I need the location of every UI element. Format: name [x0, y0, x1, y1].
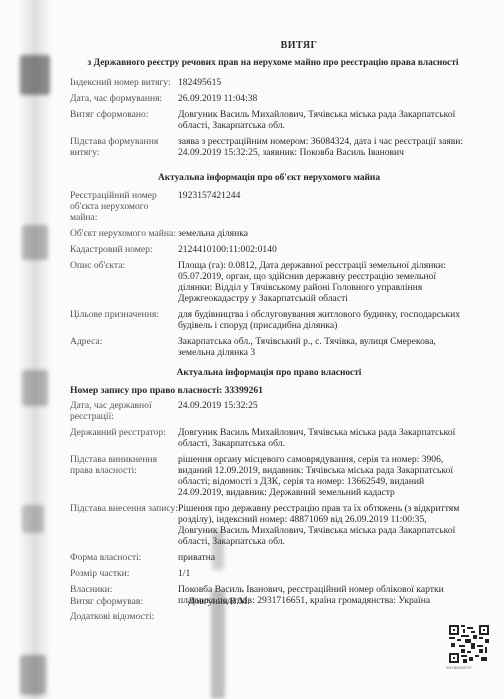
- scan-artifact-left: [18, 0, 52, 699]
- field-label: Підстава внесення запису:: [70, 503, 178, 547]
- field-row: Державний реєстратор: Довгуник Василь Ми…: [70, 427, 468, 449]
- document-title: ВИТЯГ: [130, 40, 468, 51]
- field-row: Витяг сформовано: Довгуник Василь Михайл…: [70, 109, 468, 131]
- field-row: Опис об'єкта: Площа (га): 0.0812, Дата д…: [70, 260, 468, 304]
- scan-smear: [22, 505, 44, 533]
- field-label: Державний реєстратор:: [70, 427, 178, 449]
- ownership-section-title: Актуальна інформація про право власності: [70, 368, 468, 379]
- document-subtitle: з Державного реєстру речових прав на нер…: [64, 58, 482, 69]
- field-value: 1/1: [178, 568, 468, 579]
- document-body: ВИТЯГ з Державного реєстру речових прав …: [70, 40, 468, 627]
- scan-smear: [22, 370, 48, 406]
- field-value: 26.09.2019 11:04:38: [178, 93, 468, 104]
- qr-code-label: SSY80044797: [446, 665, 472, 670]
- qr-code-icon: [449, 625, 489, 663]
- signature-label: Витяг сформував:: [70, 596, 188, 607]
- field-row: Підстава формування витягу: заява з реєс…: [70, 136, 468, 158]
- field-value: 24.09.2019 15:32:25: [178, 400, 468, 422]
- scan-smear: [20, 655, 46, 695]
- field-row: Об'єкт нерухомого майна: земельна ділянк…: [70, 228, 468, 239]
- field-value: 1923157421244: [178, 190, 468, 223]
- field-value: земельна ділянка: [178, 228, 468, 239]
- field-row: Цільове призначення: для будівництва і о…: [70, 309, 468, 331]
- field-label: Опис об'єкта:: [70, 260, 178, 304]
- field-value: рішення органу місцевого самоврядування,…: [178, 454, 468, 498]
- field-label: Адреса:: [70, 336, 178, 358]
- field-label: Розмір частки:: [70, 568, 178, 579]
- field-value: 182495615: [178, 77, 468, 88]
- scan-smear: [20, 55, 50, 95]
- field-value: приватна: [178, 552, 468, 563]
- field-row: Дата, час державної реєстрації: 24.09.20…: [70, 400, 468, 422]
- field-row: Розмір частки: 1/1: [70, 568, 468, 579]
- field-value: Закарпатська обл., Тячівський р., с. Тяч…: [178, 336, 468, 358]
- property-fields: Реєстраційний номер об'єкта нерухомого м…: [70, 190, 468, 358]
- field-label: Форма власності:: [70, 552, 178, 563]
- scan-smear: [22, 225, 48, 260]
- field-label: Цільове призначення:: [70, 309, 178, 331]
- field-row: Форма власності: приватна: [70, 552, 468, 563]
- field-row: Адреса: Закарпатська обл., Тячівський р.…: [70, 336, 468, 358]
- field-row: Дата, час формування: 26.09.2019 11:04:3…: [70, 93, 468, 104]
- field-row: Підстава виникнення права власності: ріш…: [70, 454, 468, 498]
- field-value: Площа (га): 0.0812, Дата державної реєст…: [178, 260, 468, 304]
- field-label: Підстава формування витягу:: [70, 136, 178, 158]
- field-value: для будівництва і обслуговування житлово…: [178, 309, 468, 331]
- field-label: Індексний номер витягу:: [70, 77, 178, 88]
- field-label: Підстава виникнення права власності:: [70, 454, 178, 498]
- field-label: Об'єкт нерухомого майна:: [70, 228, 178, 239]
- field-value: [210, 611, 468, 622]
- ownership-record-number: Номер запису про право власності: 333992…: [70, 385, 468, 396]
- field-label: Дата, час державної реєстрації:: [70, 400, 178, 422]
- field-label: Додаткові відомості:: [70, 611, 210, 622]
- field-row: Індексний номер витягу: 182495615: [70, 77, 468, 88]
- field-row: Реєстраційний номер об'єкта нерухомого м…: [70, 190, 468, 223]
- signature-value: Довгуник В.М.: [188, 596, 250, 607]
- field-value: Довгуник Василь Михайлович, Тячівська мі…: [178, 427, 468, 449]
- field-label: Реєстраційний номер об'єкта нерухомого м…: [70, 190, 178, 223]
- field-value: заява з реєстраційним номером: 36084324,…: [178, 136, 468, 158]
- field-row: Кадастровий номер: 2124410100:11:002:014…: [70, 244, 468, 255]
- ownership-fields: Дата, час державної реєстрації: 24.09.20…: [70, 400, 468, 622]
- signature-row: Витяг сформував: Довгуник В.М.: [70, 596, 250, 607]
- field-row: Додаткові відомості:: [70, 611, 468, 622]
- field-value: Довгуник Василь Михайлович, Тячівська мі…: [178, 109, 468, 131]
- property-section-title: Актуальна інформація про об'єкт нерухомо…: [70, 173, 468, 184]
- field-row: Підстава внесення запису: Рішення про де…: [70, 503, 468, 547]
- field-label: Витяг сформовано:: [70, 109, 178, 131]
- field-value: 2124410100:11:002:0140: [178, 244, 468, 255]
- field-label: Кадастровий номер:: [70, 244, 178, 255]
- field-value: Рішення про державну реєстрацію прав та …: [178, 503, 468, 547]
- header-fields: Індексний номер витягу: 182495615 Дата, …: [70, 77, 468, 158]
- field-label: Дата, час формування:: [70, 93, 178, 104]
